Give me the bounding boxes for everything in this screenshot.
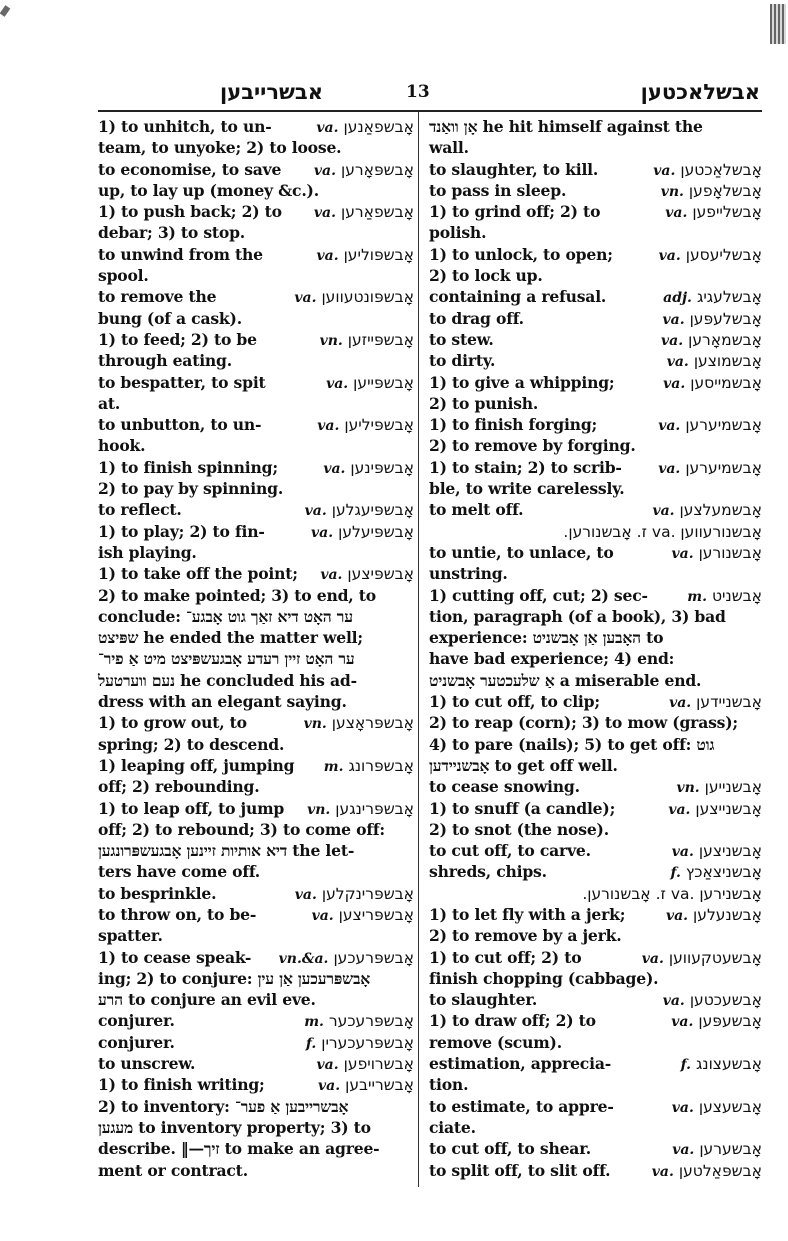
- headword: אָבשערען: [699, 1140, 762, 1158]
- entry-line: spring; 2) to descend.: [98, 734, 414, 755]
- entry-line: estimation, apprecia-f.אָבשעצונג: [429, 1053, 762, 1074]
- entry-line: אָן וואַנד he hit himself against the: [429, 116, 762, 137]
- entry-definition: wall.: [429, 137, 469, 158]
- entry-headword-group: va.אָבשנעלען: [666, 904, 762, 927]
- entry-definition: 2) to remove by forging.: [429, 435, 636, 456]
- grammar-tag: f.: [306, 1036, 316, 1052]
- headword: אָבשמאָרען: [688, 331, 762, 349]
- entry-line: 1) to leap off, to jumpvn.אָבשפּרינגען: [98, 798, 414, 819]
- entry-line: to estimate, to appre-va.אָבשעצען: [429, 1096, 762, 1117]
- entry-headword-group: va.אָבשפּיצען: [320, 563, 414, 586]
- entry-headword-group: va.אָבשרויפען: [317, 1053, 414, 1076]
- grammar-tag: va.: [663, 993, 685, 1009]
- headword: אָבשמיערען: [685, 459, 762, 477]
- entry-definition: 1) to play; 2) to fin-: [98, 521, 265, 542]
- entry-definition: to stew.: [429, 329, 494, 350]
- entry-line: to reflect.va.אָבשפּיעגלען: [98, 499, 414, 520]
- entry-definition: describe. ‖—זיך to make an agree-: [98, 1138, 379, 1159]
- entry-line: 1) to draw off; 2) tova.אָבשעפּען: [429, 1010, 762, 1031]
- entry-line: 2) to remove by forging.: [429, 435, 762, 456]
- headword: אָבשפּיצען: [347, 565, 414, 583]
- entry-line: conjurer.f.אָבשפּרעכערין: [98, 1032, 414, 1053]
- entry-definition: to cut off, to shear.: [429, 1138, 591, 1159]
- entry-line: ish playing.: [98, 542, 414, 563]
- entry-definition: conjurer.: [98, 1032, 175, 1053]
- entry-line: hook.: [98, 435, 414, 456]
- entry-headword-group: va.אָבשנייצען: [668, 798, 762, 821]
- entry-definition: to split off, to slit off.: [429, 1160, 610, 1181]
- headword: אָבשניידען: [696, 693, 762, 711]
- entry-line: to slaughter, to kill.va.אָבשלאַכטען: [429, 159, 762, 180]
- entry-line: מעגען to inventory property; 3) to: [98, 1117, 414, 1138]
- entry-headword-group: va.אָבשפאַנען: [316, 116, 414, 139]
- entry-line: 2) to lock up.: [429, 265, 762, 286]
- entry-line: to cut off, to shear.va.אָבשערען: [429, 1138, 762, 1159]
- grammar-tag: va.: [653, 163, 675, 179]
- entry-headword-group: va.אָבשפּינען: [323, 457, 414, 480]
- entry-line: dress with an elegant saying.: [98, 691, 414, 712]
- grammar-tag: vn.: [307, 802, 330, 818]
- entry-line: to pass in sleep.vn.אָבשלאָפען: [429, 180, 762, 201]
- grammar-tag: va.: [312, 908, 334, 924]
- right-column: אָן וואַנד he hit himself against thewal…: [429, 116, 762, 1181]
- grammar-tag: adj.: [663, 290, 692, 306]
- grammar-tag: vn.&a.: [279, 951, 329, 967]
- headword: אָבשפּונטעווען: [321, 288, 414, 306]
- entry-line: shreds, chips.f.אָבשניצאַכץ: [429, 861, 762, 882]
- entry-definition: אַ שלעכטער אָבשניט a miserable end.: [429, 670, 701, 691]
- entry-line: 4) to pare (nails); 5) to get off: גוט: [429, 734, 762, 755]
- entry-definition: up, to lay up (money &c.).: [98, 180, 319, 201]
- entry-line: finish chopping (cabbage).: [429, 968, 762, 989]
- entry-definition: 2) to pay by spinning.: [98, 478, 283, 499]
- entry-line: containing a refusal.adj.אָבשלעגיג: [429, 286, 762, 307]
- entry-headword-group: va.אָבשמאָרען: [661, 329, 762, 352]
- grammar-tag: va.: [658, 418, 680, 434]
- entry-headword-group: vn.אָבשלאָפען: [661, 180, 762, 203]
- dictionary-page: אבשרייבען 13 אבשלאכטען 1) to unhitch, to…: [0, 0, 788, 1241]
- entry-definition: 1) to cut off, to clip;: [429, 691, 600, 712]
- entry-line: ment or contract.: [98, 1160, 414, 1181]
- entry-line: אַ שלעכטער אָבשניט a miserable end.: [429, 670, 762, 691]
- entry-headword-group: va.אָבשערען: [672, 1138, 762, 1161]
- entry-line: נעם ווערטעל he concluded his ad-: [98, 670, 414, 691]
- entry-definition: to bespatter, to spit: [98, 372, 266, 393]
- grammar-tag: va.: [326, 376, 348, 392]
- entry-line: off; 2) rebounding.: [98, 776, 414, 797]
- headword: אָבשפּרונג: [348, 757, 414, 775]
- entry-headword-group: אָבשנורעווען .va ז. אָבשנורען.: [563, 521, 762, 543]
- entry-headword-group: f.אָבשעצונג: [681, 1053, 762, 1076]
- entry-line: 1) to unlock, to open;va.אָבשליעסען: [429, 244, 762, 265]
- entry-headword-group: va.אָבשפּריצען: [312, 904, 414, 927]
- entry-line: 1) to cut off, to clip;va.אָבשניידען: [429, 691, 762, 712]
- grammar-tag: va.: [665, 205, 687, 221]
- entry-line: to unscrew.va.אָבשרויפען: [98, 1053, 414, 1074]
- entry-definition: 1) to feed; 2) to be: [98, 329, 257, 350]
- entry-definition: to reflect.: [98, 499, 182, 520]
- headword: אָבשעכטען: [690, 991, 762, 1009]
- entry-headword-group: אָבשנירען .va ז. אָבשנורען.: [582, 883, 762, 905]
- entry-line: 1) to unhitch, to un-va.אָבשפאַנען: [98, 116, 414, 137]
- entry-definition: אָן וואַנד he hit himself against the: [429, 116, 703, 137]
- page-number: 13: [406, 82, 430, 102]
- grammar-tag: va.: [316, 120, 338, 136]
- entry-definition: experience: האָבען אַן אָבשניט to: [429, 627, 663, 648]
- headword: אָבשלעגיג: [697, 288, 762, 306]
- entry-line: to besprinkle.va.אָבשפּרינקלען: [98, 883, 414, 904]
- headword: אָבשנייען: [705, 778, 762, 796]
- entry-headword-group: m.אָבשניט: [687, 585, 762, 608]
- grammar-tag: va.: [311, 525, 333, 541]
- grammar-tag: va.: [669, 695, 691, 711]
- entry-headword-group: f.אָבשפּרעכערין: [306, 1032, 414, 1055]
- entry-definition: to throw on, to be-: [98, 904, 256, 925]
- entry-line: experience: האָבען אַן אָבשניט to: [429, 627, 762, 648]
- entry-definition: to unbutton, to un-: [98, 414, 261, 435]
- entry-definition: 2) to inventory: אָבשרייבען אַ פער־: [98, 1096, 348, 1117]
- grammar-tag: va.: [671, 546, 693, 562]
- grammar-tag: va.: [295, 887, 317, 903]
- entry-definition: שפּיצט he ended the matter well;: [98, 627, 363, 648]
- entry-line: bung (of a cask).: [98, 308, 414, 329]
- entry-line: conjurer.m.אָבשפּרעכער: [98, 1010, 414, 1031]
- scan-edge-noise: [770, 4, 786, 44]
- headword: אָבשפּרעכער: [329, 1012, 414, 1030]
- entry-headword-group: va.אָבשפּייען: [326, 372, 414, 395]
- grammar-tag: va.: [658, 461, 680, 477]
- headword: אָבשניצען: [699, 842, 762, 860]
- right-guideword: אבשלאכטען: [641, 80, 760, 104]
- entry-line: 1) to let fly with a jerk;va.אָבשנעלען: [429, 904, 762, 925]
- grammar-tag: va.: [662, 312, 684, 328]
- entry-line: הרע to conjure an evil eve.: [98, 989, 414, 1010]
- entry-line: up, to lay up (money &c.).: [98, 180, 414, 201]
- entry-line: to stew.va.אָבשמאָרען: [429, 329, 762, 350]
- entry-definition: 1) to finish spinning;: [98, 457, 278, 478]
- grammar-tag: va.: [318, 1078, 340, 1094]
- entry-headword-group: va.אָבשעצען: [672, 1096, 762, 1119]
- entry-definition: to dirty.: [429, 350, 495, 371]
- entry-definition: 1) to take off the point;: [98, 563, 298, 584]
- headword: אָבשרייבען: [345, 1076, 414, 1094]
- entry-line: דיא אותיות זיינען אָבגעשפּרונגען the let…: [98, 840, 414, 861]
- entry-headword-group: va.אָבשעכטען: [663, 989, 762, 1012]
- entry-headword-group: va.אָבשלאַכטען: [653, 159, 762, 182]
- entry-line: to throw on, to be-va.אָבשפּריצען: [98, 904, 414, 925]
- entry-definition: 1) to grow out, to: [98, 712, 247, 733]
- headword: אָבשנורעווען .va ז. אָבשנורען.: [563, 523, 762, 541]
- entry-line: to untie, to unlace, tova.אָבשנורען: [429, 542, 762, 563]
- entry-line: 1) leaping off, jumpingm.אָבשפּרונג: [98, 755, 414, 776]
- headword: אָבשעפּען: [698, 1012, 762, 1030]
- entry-headword-group: va.אָבשפאַרען: [314, 201, 414, 224]
- entry-line: tion.: [429, 1074, 762, 1095]
- entry-definition: 1) to leap off, to jump: [98, 798, 284, 819]
- grammar-tag: va.: [305, 503, 327, 519]
- headword: אָבשפּרינגען: [335, 800, 414, 818]
- grammar-tag: va.: [667, 354, 689, 370]
- entry-definition: shreds, chips.: [429, 861, 547, 882]
- entry-definition: 1) to stain; 2) to scrib-: [429, 457, 622, 478]
- entry-definition: 1) to push back; 2) to: [98, 201, 282, 222]
- entry-definition: have bad experience; 4) end:: [429, 648, 674, 669]
- grammar-tag: m.: [304, 1014, 324, 1030]
- entry-headword-group: vn.אָבשפּרינגען: [307, 798, 414, 821]
- entry-definition: הרע to conjure an evil eve.: [98, 989, 316, 1010]
- entry-headword-group: va.אָבשפּיעגלען: [305, 499, 414, 522]
- entry-definition: spring; 2) to descend.: [98, 734, 284, 755]
- entry-definition: off; 2) to rebound; 3) to come off:: [98, 819, 385, 840]
- headword: אָבשניצאַכץ: [686, 863, 762, 881]
- entry-definition: 2) to remove by a jerk.: [429, 925, 621, 946]
- entry-definition: containing a refusal.: [429, 286, 606, 307]
- entry-line: 2) to inventory: אָבשרייבען אַ פער־: [98, 1096, 414, 1117]
- entry-line: 1) to grind off; 2) tova.אָבשלייפען: [429, 201, 762, 222]
- headword: אָבשניט: [712, 587, 762, 605]
- entry-line: to unwind from theva.אָבשפּוליען: [98, 244, 414, 265]
- headword: אָבשפּינען: [350, 459, 414, 477]
- entry-definition: 1) to cut off; 2) to: [429, 947, 581, 968]
- entry-definition: estimation, apprecia-: [429, 1053, 611, 1074]
- entry-definition: ment or contract.: [98, 1160, 248, 1181]
- entry-headword-group: va.אָבשפּיעלען: [311, 521, 414, 544]
- entry-line: 1) to snuff (a candle);va.אָבשנייצען: [429, 798, 762, 819]
- entry-definition: ble, to write carelessly.: [429, 478, 625, 499]
- entry-headword-group: va.אָבשמיערען: [658, 414, 762, 437]
- entry-headword-group: va.אָבשמיערען: [658, 457, 762, 480]
- entry-definition: 2) to snot (the nose).: [429, 819, 609, 840]
- grammar-tag: vn.: [304, 716, 327, 732]
- entry-headword-group: va.אָבשניידען: [669, 691, 762, 714]
- entry-headword-group: va.אָבשלייפען: [665, 201, 762, 224]
- entry-definition: dress with an elegant saying.: [98, 691, 347, 712]
- entry-line: 1) to stain; 2) to scrib-va.אָבשמיערען: [429, 457, 762, 478]
- entry-line: 1) to take off the point;va.אָבשפּיצען: [98, 563, 414, 584]
- entry-line: 1) to cease speak-vn.&a.אָבשפּרעכען: [98, 947, 414, 968]
- headword: אָבשנעלען: [693, 906, 762, 924]
- entry-line: ing; 2) to conjure: אָבשפּרעכען אַן עין: [98, 968, 414, 989]
- entry-line: to dirty.va.אָבשמוצען: [429, 350, 762, 371]
- entry-definition: 2) to make pointed; 3) to end, to: [98, 585, 376, 606]
- grammar-tag: va.: [294, 290, 316, 306]
- headword: אָבשפּרינקלען: [322, 885, 414, 903]
- entry-definition: 1) to cease speak-: [98, 947, 251, 968]
- entry-definition: 1) to draw off; 2) to: [429, 1010, 596, 1031]
- entry-definition: דיא אותיות זיינען אָבגעשפּרונגען the let…: [98, 840, 354, 861]
- headword: אָבשפּוליען: [344, 246, 414, 264]
- headword: אָבשלעפּען: [690, 310, 762, 328]
- entry-definition: 4) to pare (nails); 5) to get off: גוט: [429, 734, 714, 755]
- entry-line: 1) cutting off, cut; 2) sec-m.אָבשניט: [429, 585, 762, 606]
- entry-line: to remove theva.אָבשפּונטעווען: [98, 286, 414, 307]
- entry-definition: to slaughter, to kill.: [429, 159, 598, 180]
- entry-line: to cut off, to carve.va.אָבשניצען: [429, 840, 762, 861]
- entry-definition: to cut off, to carve.: [429, 840, 591, 861]
- entry-headword-group: vn.אָבשפּייזען: [320, 329, 414, 352]
- entry-line: ער האָט זיין רעדע אָבגעשפּיצט מיט אַ פיר…: [98, 648, 414, 669]
- headword: אָבשפּאַלטען: [679, 1162, 762, 1180]
- entry-definition: 1) to give a whipping;: [429, 372, 614, 393]
- grammar-tag: va.: [672, 1142, 694, 1158]
- headword: אָבשמיערען: [685, 416, 762, 434]
- entry-line: to split off, to slit off.va.אָבשפּאַלטע…: [429, 1160, 762, 1181]
- column-divider: [418, 112, 419, 1187]
- entry-headword-group: va.אָבשמייסען: [663, 372, 762, 395]
- headword: אָבשפּריצען: [339, 906, 414, 924]
- entry-definition: 1) leaping off, jumping: [98, 755, 294, 776]
- grammar-tag: f.: [681, 1057, 691, 1073]
- entry-line: describe. ‖—זיך to make an agree-: [98, 1138, 414, 1159]
- headword: אָבשמייסען: [690, 374, 762, 392]
- entry-line: have bad experience; 4) end:: [429, 648, 762, 669]
- entry-headword-group: va.אָבשנורען: [671, 542, 762, 565]
- entry-definition: through eating.: [98, 350, 232, 371]
- entry-line: off; 2) to rebound; 3) to come off:: [98, 819, 414, 840]
- entry-definition: to remove the: [98, 286, 216, 307]
- entry-line: 1) to play; 2) to fin-va.אָבשפּיעלען: [98, 521, 414, 542]
- entry-definition: 1) cutting off, cut; 2) sec-: [429, 585, 648, 606]
- headword: אָבשרויפען: [344, 1055, 414, 1073]
- entry-definition: at.: [98, 393, 120, 414]
- grammar-tag: va.: [671, 1014, 693, 1030]
- entry-headword-group: va.אָבשעטקעווען: [642, 947, 762, 970]
- entry-line: 1) to finish spinning;va.אָבשפּינען: [98, 457, 414, 478]
- entry-definition: tion.: [429, 1074, 468, 1095]
- entry-line: to drag off.va.אָבשלעפּען: [429, 308, 762, 329]
- entry-line: to melt off.va.אָבשמעלצען: [429, 499, 762, 520]
- entry-definition: to slaughter.: [429, 989, 537, 1010]
- headword: אָבשלאָפען: [689, 182, 762, 200]
- scan-speck: [0, 5, 10, 17]
- entry-line: spatter.: [98, 925, 414, 946]
- entry-line: 2) to make pointed; 3) to end, to: [98, 585, 414, 606]
- entry-headword-group: va.אָבשמעלצען: [652, 499, 762, 522]
- grammar-tag: va.: [663, 376, 685, 392]
- headword: אָבשנייצען: [695, 800, 762, 818]
- entry-definition: נעם ווערטעל he concluded his ad-: [98, 670, 357, 691]
- entry-definition: off; 2) rebounding.: [98, 776, 259, 797]
- headword: אָבשפּראָצען: [332, 714, 414, 732]
- headword: אָבשלאַכטען: [680, 161, 762, 179]
- headword: אָבשנירען .va ז. אָבשנורען.: [582, 885, 762, 903]
- grammar-tag: va.: [672, 1100, 694, 1116]
- entry-headword-group: va.אָבשלעפּען: [662, 308, 762, 331]
- entry-headword-group: va.אָבשפּרינקלען: [295, 883, 414, 906]
- entry-definition: to drag off.: [429, 308, 524, 329]
- entry-definition: 1) to let fly with a jerk;: [429, 904, 625, 925]
- grammar-tag: m.: [324, 759, 344, 775]
- entry-line: 1) to grow out, tovn.אָבשפּראָצען: [98, 712, 414, 733]
- entry-definition: unstring.: [429, 563, 508, 584]
- entry-definition: remove (scum).: [429, 1032, 562, 1053]
- entry-headword-group: va.אָבשמוצען: [667, 350, 762, 373]
- grammar-tag: va.: [314, 163, 336, 179]
- entry-line: אָבשנירען .va ז. אָבשנורען.: [429, 883, 762, 904]
- entry-headword-group: va.אָבשליעסען: [659, 244, 762, 267]
- entry-definition: polish.: [429, 222, 486, 243]
- entry-line: team, to unyoke; 2) to loose.: [98, 137, 414, 158]
- entry-headword-group: adj.אָבשלעגיג: [663, 286, 762, 309]
- grammar-tag: va.: [668, 802, 690, 818]
- headword: אָבשעצען: [699, 1098, 762, 1116]
- entry-line: to slaughter.va.אָבשעכטען: [429, 989, 762, 1010]
- entry-headword-group: va.אָבשפּונטעווען: [294, 286, 414, 309]
- entry-definition: bung (of a cask).: [98, 308, 242, 329]
- headword: אָבשפּרעכערין: [321, 1034, 414, 1052]
- header-rule: [98, 110, 762, 112]
- entry-line: wall.: [429, 137, 762, 158]
- entry-definition: 1) to finish writing;: [98, 1074, 265, 1095]
- entry-definition: debar; 3) to stop.: [98, 222, 245, 243]
- entry-definition: 1) to snuff (a candle);: [429, 798, 615, 819]
- entry-definition: ciate.: [429, 1117, 476, 1138]
- entry-line: unstring.: [429, 563, 762, 584]
- entry-headword-group: va.אָבשפּאַלטען: [652, 1160, 762, 1183]
- grammar-tag: va.: [652, 1164, 674, 1180]
- entry-line: to bespatter, to spitva.אָבשפּייען: [98, 372, 414, 393]
- entry-headword-group: va.אָבשפּוליען: [316, 244, 414, 267]
- headword: אָבשמוצען: [694, 352, 762, 370]
- entry-line: polish.: [429, 222, 762, 243]
- entry-definition: to untie, to unlace, to: [429, 542, 614, 563]
- grammar-tag: va.: [316, 248, 338, 264]
- entry-definition: finish chopping (cabbage).: [429, 968, 658, 989]
- grammar-tag: vn.: [320, 333, 343, 349]
- entry-line: ters have come off.: [98, 861, 414, 882]
- entry-definition: to economise, to save: [98, 159, 281, 180]
- grammar-tag: va.: [672, 844, 694, 860]
- page-header: אבשרייבען 13 אבשלאכטען: [98, 80, 762, 106]
- grammar-tag: va.: [320, 567, 342, 583]
- entry-line: to economise, to saveva.אָבשפּאָרען: [98, 159, 414, 180]
- entry-definition: 1) to finish forging;: [429, 414, 597, 435]
- entry-definition: ish playing.: [98, 542, 197, 563]
- entry-headword-group: va.אָבשפּאָרען: [314, 159, 414, 182]
- entry-headword-group: m.אָבשפּרונג: [324, 755, 414, 778]
- grammar-tag: va.: [652, 503, 674, 519]
- grammar-tag: va.: [317, 1057, 339, 1073]
- entry-definition: to unscrew.: [98, 1053, 195, 1074]
- headword: אָבשפאַנען: [344, 118, 414, 136]
- entry-line: שפּיצט he ended the matter well;: [98, 627, 414, 648]
- entry-definition: 1) to unhitch, to un-: [98, 116, 272, 137]
- entry-definition: to pass in sleep.: [429, 180, 566, 201]
- entry-definition: spatter.: [98, 925, 163, 946]
- headword: אָבשפּיעגלען: [332, 501, 414, 519]
- grammar-tag: f.: [671, 865, 681, 881]
- headword: אָבשעטקעווען: [669, 949, 762, 967]
- entry-line: tion, paragraph (of a book), 3) bad: [429, 606, 762, 627]
- grammar-tag: va.: [317, 418, 339, 434]
- entry-definition: 1) to unlock, to open;: [429, 244, 613, 265]
- entry-definition: to melt off.: [429, 499, 523, 520]
- entry-line: אָבשניידען to get off well.: [429, 755, 762, 776]
- headword: אָבשמעלצען: [680, 501, 762, 519]
- entry-line: debar; 3) to stop.: [98, 222, 414, 243]
- entry-line: 2) to snot (the nose).: [429, 819, 762, 840]
- entry-line: spool.: [98, 265, 414, 286]
- entry-headword-group: vn.אָבשנייען: [676, 776, 762, 799]
- grammar-tag: m.: [687, 589, 707, 605]
- entry-definition: conjurer.: [98, 1010, 175, 1031]
- entry-headword-group: vn.&a.אָבשפּרעכען: [279, 947, 414, 970]
- entry-line: 1) to give a whipping;va.אָבשמייסען: [429, 372, 762, 393]
- entry-definition: spool.: [98, 265, 149, 286]
- left-guideword: אבשרייבען: [220, 80, 323, 104]
- entry-line: 1) to finish forging;va.אָבשמיערען: [429, 414, 762, 435]
- entry-line: 1) to finish writing;va.אָבשרייבען: [98, 1074, 414, 1095]
